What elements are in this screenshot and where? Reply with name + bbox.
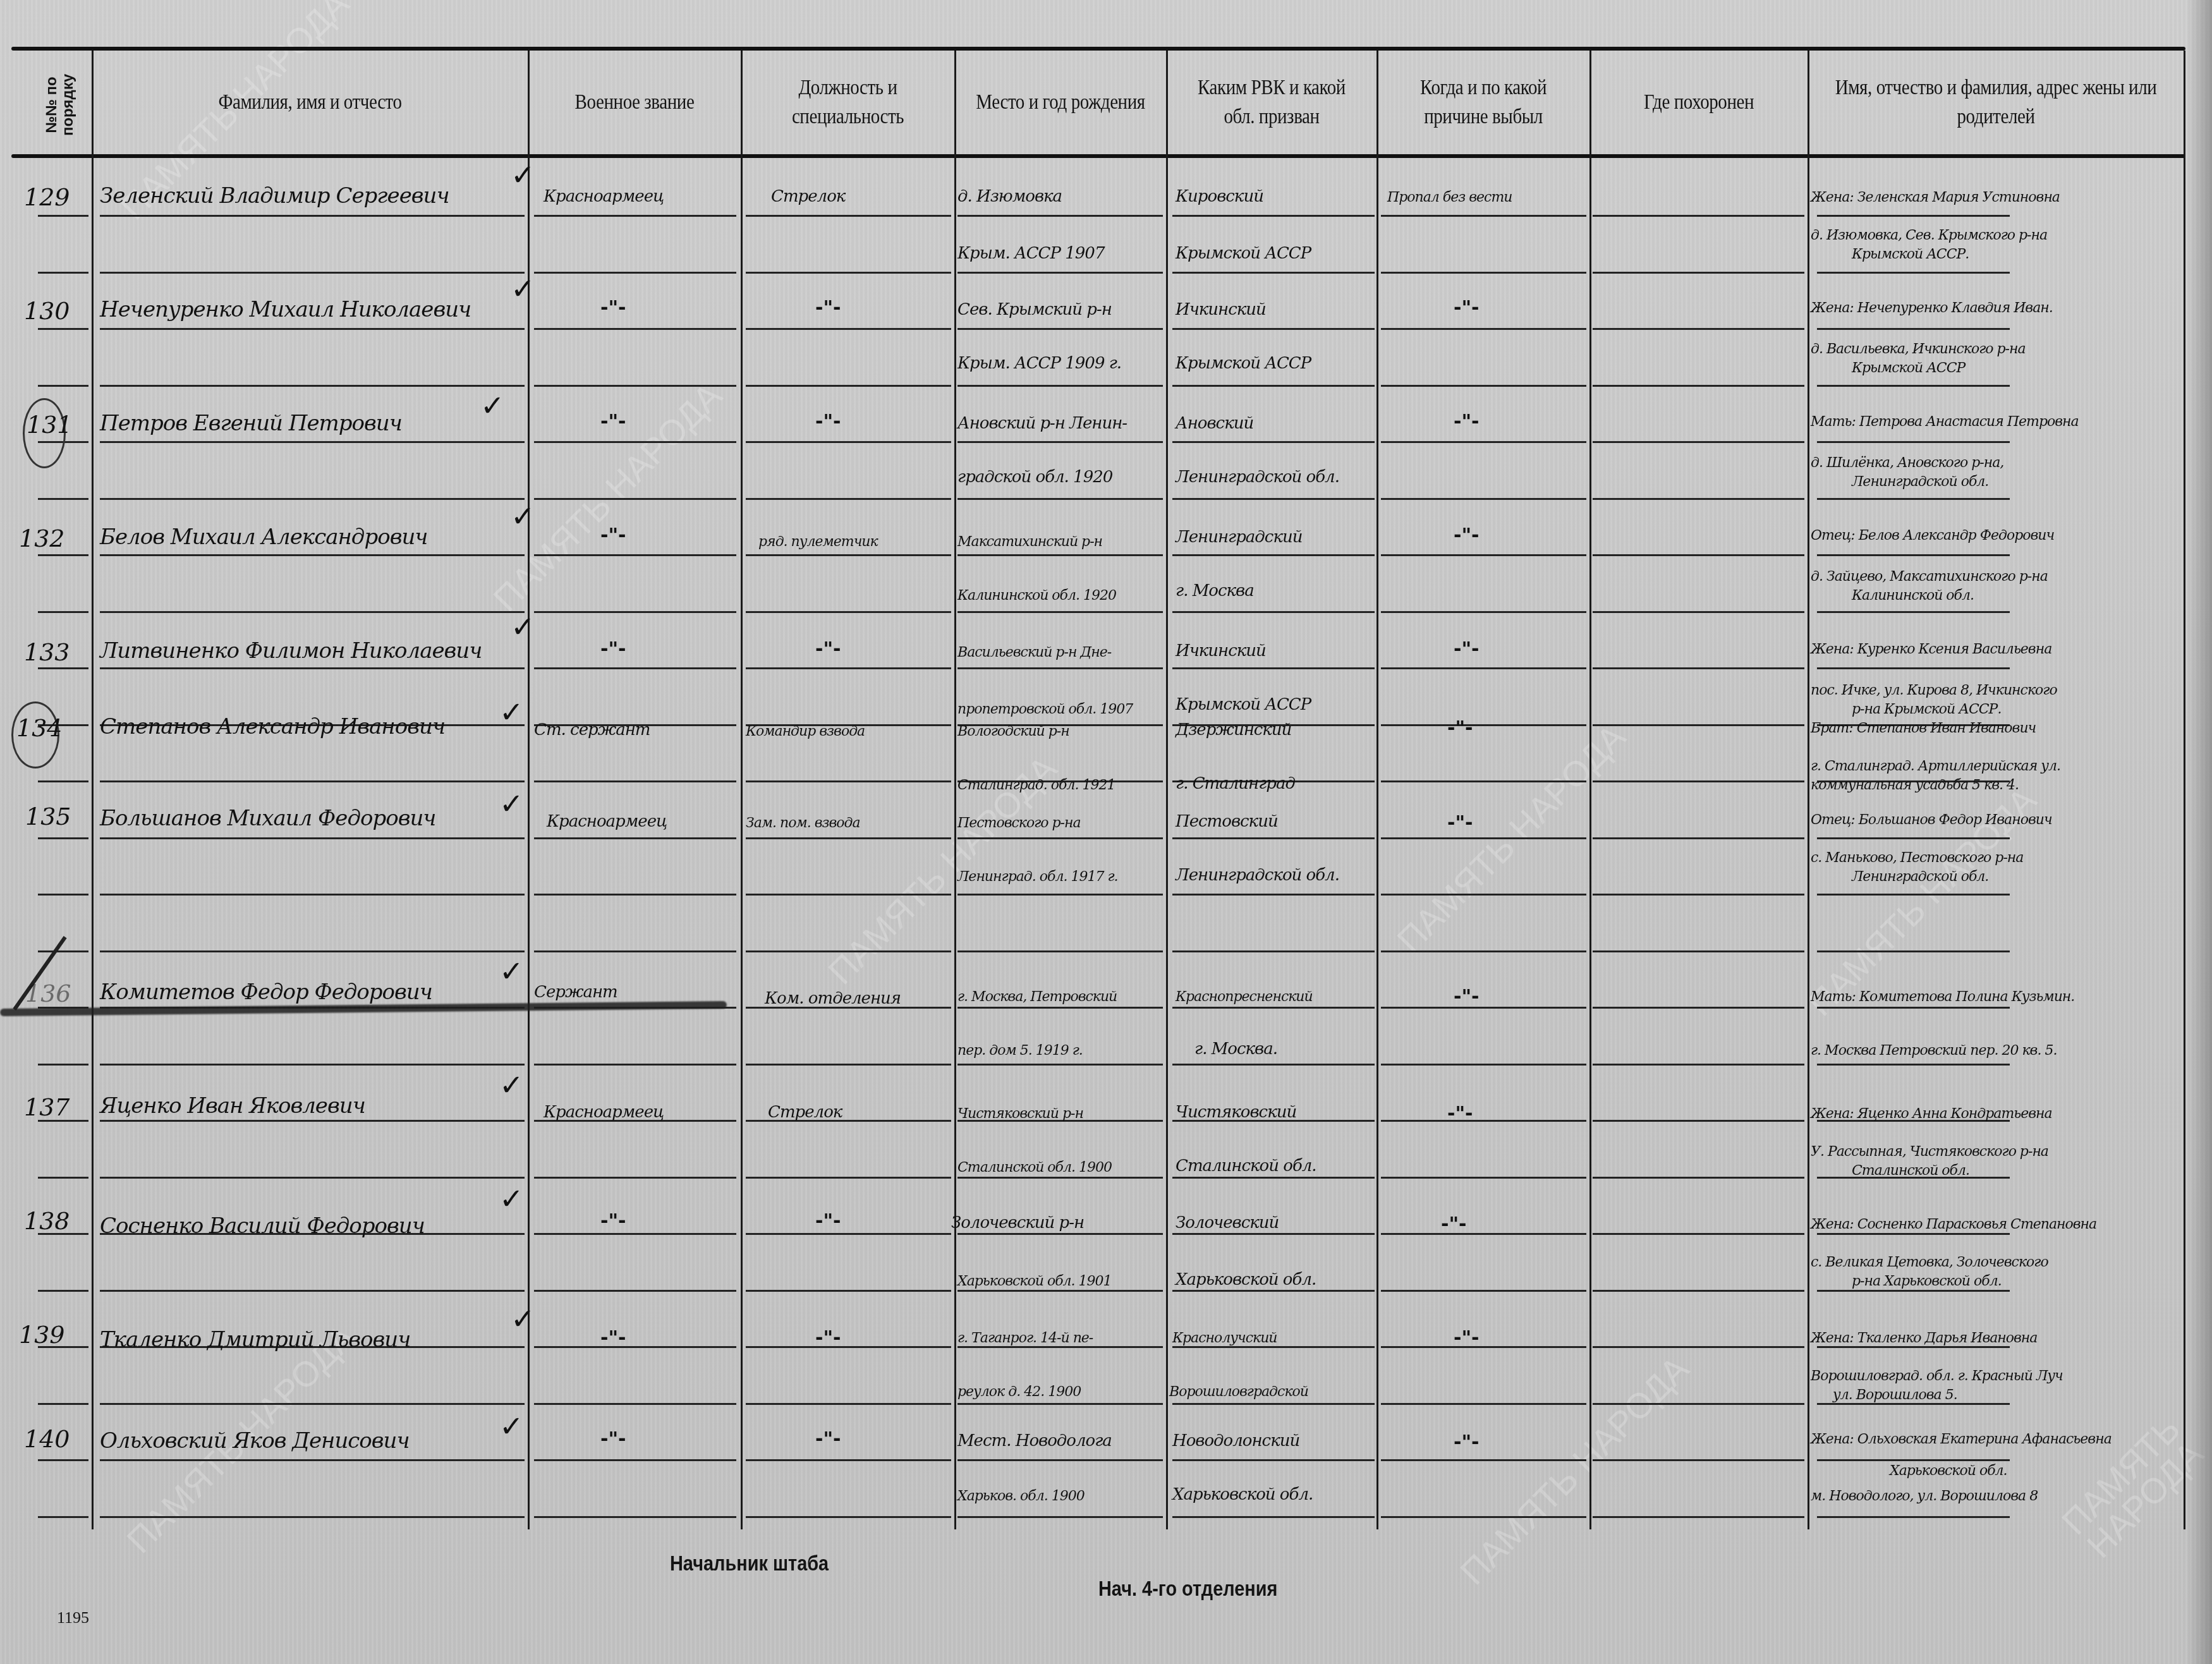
birth-year: Калининской обл. 1920 — [957, 588, 1116, 604]
soldier-name: Нечепуренко Михаил Николаевич — [100, 297, 471, 322]
row-rule — [534, 1403, 736, 1405]
row-rule — [100, 554, 525, 556]
soldier-name: Сосненко Василий Федорович — [100, 1213, 425, 1239]
relative-address: г. Сталинград. Артиллерийская ул. — [1811, 758, 2060, 774]
row-rule — [1381, 894, 1586, 896]
row-rule — [1172, 667, 1375, 669]
row-rule — [746, 1064, 951, 1066]
position: Стрелок — [768, 1103, 842, 1122]
birth-year: Харьков. обл. 1900 — [957, 1488, 1085, 1504]
row-rule — [1381, 1459, 1586, 1461]
row-rule — [100, 950, 525, 952]
birth-place: д. Изюмовка — [957, 187, 1062, 206]
relative-address: с. Маньково, Пестовского р-на — [1811, 850, 2023, 866]
soldier-name: Ольховский Яков Денисович — [100, 1428, 410, 1454]
row-rule — [38, 837, 88, 839]
row-rule — [534, 1177, 736, 1179]
row-rule — [1381, 1516, 1586, 1518]
row-rule — [957, 498, 1163, 500]
row-rule — [1593, 950, 1804, 952]
header-rank: Военное звание — [542, 52, 727, 153]
relative-address-2: р-на Крымской АССР. — [1852, 701, 2001, 717]
row-rule — [957, 328, 1163, 330]
row-rule — [38, 894, 88, 896]
row-rule — [1381, 1064, 1586, 1066]
row-rule — [1381, 385, 1586, 387]
relative-address: г. Москва Петровский пер. 20 кв. 5. — [1811, 1043, 2057, 1059]
row-rule — [1172, 894, 1375, 896]
rank: Красноармеец — [544, 187, 664, 206]
row-rule — [746, 385, 951, 387]
birth-year: Крым. АССР 1909 г. — [957, 354, 1121, 373]
chief-of-staff-label: Начальник штаба — [670, 1552, 829, 1576]
row-rule — [1593, 1403, 1804, 1405]
row-rule — [1172, 554, 1375, 556]
soldier-name: Комитетов Федор Федорович — [100, 980, 432, 1005]
relative-name: Жена: Сосненко Парасковья Степановна — [1811, 1217, 2096, 1232]
row-rule — [534, 385, 736, 387]
row-rule — [1817, 1290, 2010, 1292]
ditto-mark: -"- — [600, 297, 626, 319]
birth-year: пер. дом 5. 1919 г. — [957, 1043, 1083, 1059]
row-rule — [1593, 1290, 1804, 1292]
row-rule — [534, 667, 736, 669]
rvk-region: Ворошиловградской — [1169, 1384, 1308, 1400]
header-relatives: Имя, отчество и фамилия, адрес жены или … — [1832, 52, 2160, 153]
birth-year: Харьковской обл. 1901 — [957, 1273, 1112, 1289]
row-rule — [957, 1459, 1163, 1461]
checkmark-icon: ✓ — [511, 272, 535, 306]
row-rule — [746, 498, 951, 500]
row-rule — [1817, 441, 2010, 443]
rvk-region: г. Москва. — [1194, 1040, 1277, 1059]
rvk-region: Крымской АССР — [1176, 244, 1311, 263]
relative-name: Мать: Петрова Анастасия Петровна — [1811, 414, 2079, 430]
ditto-mark: -"- — [1454, 1327, 1480, 1349]
rvk: Ановский — [1176, 414, 1253, 433]
row-rule — [1381, 1233, 1586, 1235]
row-rule — [1593, 554, 1804, 556]
birth-year: Сталинской обл. 1900 — [957, 1160, 1112, 1175]
ditto-mark: -"- — [1447, 717, 1473, 739]
relative-address-2: ул. Ворошилова 5. — [1833, 1387, 1957, 1403]
row-rule — [1817, 554, 2010, 556]
birth-place: Ановский р-н Ленин- — [957, 414, 1127, 433]
rvk-region: г. Сталинград — [1176, 774, 1295, 793]
row-rule — [746, 1403, 951, 1405]
chief-4th-dept-label: Нач. 4-го отделения — [1098, 1577, 1277, 1601]
birth-place: г. Москва, Петровский — [957, 989, 1117, 1005]
birth-place: г. Таганрог. 14-й пе- — [957, 1330, 1093, 1346]
header-bottom-rule — [11, 154, 2185, 158]
ditto-mark: -"- — [815, 1327, 841, 1349]
ditto-mark: -"- — [815, 1428, 841, 1450]
row-rule — [1593, 837, 1804, 839]
rvk: Дзержинский — [1176, 720, 1291, 739]
ditto-mark: -"- — [1454, 411, 1480, 433]
rvk-region: Крымской АССР — [1176, 354, 1311, 373]
row-rule — [746, 1290, 951, 1292]
rvk: Новодолонский — [1172, 1431, 1299, 1450]
header-buried: Где похоронен — [1604, 52, 1793, 153]
relative-name: Жена: Ткаленко Дарья Ивановна — [1811, 1330, 2037, 1346]
rvk: Краснолучский — [1172, 1330, 1277, 1346]
row-rule — [1381, 215, 1586, 217]
row-rule — [1817, 385, 2010, 387]
relative-address-2: Сталинской обл. — [1852, 1163, 1969, 1179]
rank: Ст. сержант — [534, 720, 650, 739]
column-divider — [1808, 51, 1809, 1529]
row-rule — [38, 667, 88, 669]
checkmark-icon: ✓ — [499, 1182, 524, 1216]
row-rule — [1593, 328, 1804, 330]
row-number: 133 — [24, 638, 70, 666]
relative-address: д. Васильевка, Ичкинского р-на — [1811, 341, 2026, 357]
row-rule — [1172, 385, 1375, 387]
rvk-region: Сталинской обл. — [1176, 1157, 1316, 1175]
row-rule — [1381, 272, 1586, 274]
row-rule — [957, 1177, 1163, 1179]
row-rule — [100, 1516, 525, 1518]
row-rule — [1381, 554, 1586, 556]
birth-year: Сталинград. обл. 1921 — [957, 777, 1115, 793]
row-rule — [957, 215, 1163, 217]
column-divider — [1166, 51, 1168, 1529]
rank: Красноармеец — [544, 1103, 664, 1122]
relative-name: Мать: Комитетова Полина Кузьмин. — [1811, 989, 2074, 1005]
row-rule — [1593, 1233, 1804, 1235]
position: ряд. пулеметчик — [758, 534, 878, 550]
row-rule — [534, 611, 736, 613]
row-rule — [1817, 837, 2010, 839]
row-rule — [1593, 1516, 1804, 1518]
row-rule — [746, 1346, 951, 1348]
row-number: 134 — [16, 714, 63, 742]
row-rule — [534, 1233, 736, 1235]
row-rule — [1381, 498, 1586, 500]
row-rule — [38, 611, 88, 613]
row-rule — [1381, 837, 1586, 839]
row-rule — [38, 1403, 88, 1405]
row-rule — [957, 1007, 1163, 1009]
ditto-mark: -"- — [1454, 525, 1480, 547]
ditto-mark: -"- — [1454, 1431, 1480, 1454]
relative-name: Отец: Большанов Федор Иванович — [1811, 812, 2052, 828]
row-rule — [38, 498, 88, 500]
position: Командир взвода — [746, 724, 865, 739]
relative-address-2: коммунальная усадьба 5 кв. 4. — [1811, 777, 2019, 793]
checkmark-icon: ✓ — [511, 1302, 535, 1336]
checkmark-icon: ✓ — [499, 787, 524, 821]
relative-name: Жена: Ольховская Екатерина Афанасьевна — [1811, 1431, 2112, 1447]
row-rule — [1172, 611, 1375, 613]
row-rule — [534, 554, 736, 556]
row-rule — [1817, 1007, 2010, 1009]
relative-name: Жена: Зеленская Мария Устиновна — [1811, 190, 2060, 205]
relative-address-2: Ленинградской обл. — [1852, 474, 1988, 490]
position: Стрелок — [771, 187, 845, 206]
relative-address: д. Изюмовка, Сев. Крымского р-на — [1811, 228, 2047, 243]
row-rule — [534, 837, 736, 839]
row-rule — [100, 667, 525, 669]
ditto-mark: -"- — [1454, 638, 1480, 660]
row-rule — [1817, 1064, 2010, 1066]
row-rule — [100, 837, 525, 839]
row-rule — [1817, 894, 2010, 896]
row-number: 131 — [27, 411, 73, 439]
row-rule — [957, 1516, 1163, 1518]
birth-place: Золочевский р-н — [951, 1213, 1084, 1232]
checkmark-icon: ✓ — [480, 389, 505, 423]
rvk-region: Харьковской обл. — [1176, 1270, 1316, 1289]
birth-year: пропетровской обл. 1907 — [957, 701, 1133, 717]
checkmark-icon: ✓ — [511, 610, 535, 644]
ditto-mark: -"- — [815, 411, 841, 433]
soldier-name: Литвиненко Филимон Николаевич — [100, 638, 482, 664]
ditto-mark: -"- — [600, 638, 626, 660]
row-rule — [957, 894, 1163, 896]
row-rule — [957, 950, 1163, 952]
ditto-mark: -"- — [815, 1210, 841, 1232]
relative-name: Отец: Белов Александр Федорович — [1811, 528, 2054, 544]
row-rule — [957, 1233, 1163, 1235]
row-rule — [100, 611, 525, 613]
soldier-name: Зеленский Владимир Сергеевич — [100, 183, 449, 209]
rvk-region: Ленинградской обл. — [1176, 468, 1339, 487]
rvk-region: Харьковской обл. — [1172, 1485, 1313, 1504]
ditto-mark: -"- — [1454, 986, 1480, 1008]
relative-address: с. Великая Цетовка, Золочевского — [1811, 1254, 2048, 1270]
row-rule — [534, 272, 736, 274]
relative-address: У. Рассыпная, Чистяковского р-на — [1811, 1144, 2048, 1160]
soldier-name: Яценко Иван Яковлевич — [100, 1093, 365, 1119]
relative-address-2: р-на Харьковской обл. — [1852, 1273, 2002, 1289]
row-rule — [957, 385, 1163, 387]
row-rule — [1172, 1290, 1375, 1292]
row-rule — [1593, 272, 1804, 274]
ditto-mark: -"- — [815, 638, 841, 660]
row-rule — [1172, 441, 1375, 443]
rvk-region: Крымской АССР — [1176, 695, 1311, 714]
row-rule — [100, 1177, 525, 1179]
ditto-mark: -"- — [1454, 297, 1480, 319]
row-rule — [1817, 1233, 2010, 1235]
row-rule — [957, 837, 1163, 839]
checkmark-icon: ✓ — [499, 1409, 524, 1443]
row-rule — [746, 950, 951, 952]
row-rule — [1172, 272, 1375, 274]
row-rule — [1172, 1346, 1375, 1348]
row-rule — [1593, 611, 1804, 613]
row-rule — [534, 894, 736, 896]
relative-address: Ворошиловград. обл. г. Красный Луч — [1811, 1368, 2063, 1384]
birth-place: Сев. Крымский р-н — [957, 300, 1112, 319]
row-rule — [746, 328, 951, 330]
row-rule — [38, 554, 88, 556]
relative-address-2: м. Новодолого, ул. Ворошилова 8 — [1811, 1488, 2038, 1504]
relative-address-2: Крымской АССР — [1852, 360, 1965, 376]
row-rule — [1381, 1177, 1586, 1179]
row-rule — [1381, 1346, 1586, 1348]
page-edge — [2187, 0, 2212, 1664]
ditto-mark: -"- — [600, 1428, 626, 1450]
relative-address: пос. Ичке, ул. Кирова 8, Ичкинского — [1811, 683, 2057, 698]
row-rule — [1381, 1290, 1586, 1292]
rvk: Чистяковский — [1176, 1103, 1296, 1122]
rvk: Кировский — [1176, 187, 1263, 206]
header-birth: Место и год рождения — [969, 52, 1152, 153]
rvk: Краснопресненский — [1176, 989, 1313, 1005]
row-rule — [746, 554, 951, 556]
row-rule — [534, 1346, 736, 1348]
row-rule — [1381, 667, 1586, 669]
row-rule — [534, 1064, 736, 1066]
birth-year: Ленинград. обл. 1917 г. — [957, 869, 1118, 885]
header-rvk: Каким РВК и какой обл. призван — [1181, 52, 1363, 153]
relative-name: Жена: Яценко Анна Кондратьевна — [1811, 1106, 2052, 1122]
row-rule — [100, 498, 525, 500]
row-rule — [1593, 780, 1804, 782]
row-rule — [957, 554, 1163, 556]
row-rule — [1172, 1403, 1375, 1405]
header-dropout: Когда и по какой причине выбыл — [1391, 52, 1576, 153]
row-rule — [38, 215, 88, 217]
row-rule — [1593, 1064, 1804, 1066]
watermark: ПАМЯТЬ НАРОДА — [1455, 1351, 1695, 1591]
row-rule — [1817, 1346, 2010, 1348]
right-border — [2184, 51, 2185, 1529]
row-rule — [1381, 611, 1586, 613]
row-rule — [1593, 498, 1804, 500]
row-rule — [100, 441, 525, 443]
rvk-region: г. Москва — [1176, 581, 1254, 600]
row-rule — [1172, 328, 1375, 330]
relative-address: д. Шилёнка, Ановского р-на, — [1811, 455, 2003, 471]
ditto-mark: -"- — [815, 297, 841, 319]
row-rule — [746, 894, 951, 896]
row-rule — [100, 1403, 525, 1405]
ditto-mark: -"- — [1447, 1103, 1473, 1125]
row-rule — [1817, 498, 2010, 500]
row-rule — [1593, 1346, 1804, 1348]
checkmark-icon: ✓ — [499, 954, 524, 988]
row-rule — [1381, 780, 1586, 782]
row-rule — [38, 385, 88, 387]
ditto-mark: -"- — [600, 525, 626, 547]
row-rule — [38, 1177, 88, 1179]
position: Зам. пом. взвода — [746, 815, 860, 831]
column-divider — [954, 51, 956, 1529]
row-number: 129 — [24, 183, 70, 211]
row-rule — [38, 950, 88, 952]
birth-place: Вологодский р-н — [957, 724, 1069, 739]
row-number: 138 — [24, 1207, 70, 1235]
row-rule — [1817, 611, 2010, 613]
dropout-reason: Пропал без вести — [1387, 190, 1512, 205]
relative-address: д. Зайцево, Максатихинского р-на — [1811, 569, 2048, 585]
row-rule — [100, 1290, 525, 1292]
soldier-name: Белов Михаил Александрович — [100, 525, 427, 550]
row-rule — [1593, 441, 1804, 443]
soldier-name: Степанов Александр Иванович — [100, 714, 445, 739]
checkmark-icon: ✓ — [511, 499, 535, 533]
row-number: 137 — [24, 1093, 70, 1121]
row-rule — [746, 1233, 951, 1235]
birth-place: Максатихинский р-н — [957, 534, 1102, 550]
row-rule — [534, 780, 736, 782]
row-rule — [38, 1064, 88, 1066]
row-rule — [1172, 215, 1375, 217]
relative-address-2: Крымской АССР. — [1852, 246, 1969, 262]
row-rule — [1817, 667, 2010, 669]
row-rule — [534, 1290, 736, 1292]
row-rule — [1172, 1064, 1375, 1066]
birth-place: Чистяковский р-н — [957, 1106, 1083, 1122]
relative-address-2: Калининской обл. — [1852, 588, 1974, 604]
row-rule — [100, 780, 525, 782]
column-divider — [741, 51, 743, 1529]
row-number: 135 — [25, 803, 71, 830]
rvk: Ичкинский — [1176, 641, 1266, 660]
checkmark-icon: ✓ — [499, 695, 524, 729]
row-rule — [534, 1459, 736, 1461]
position: Ком. отделения — [765, 989, 901, 1008]
row-rule — [746, 1177, 951, 1179]
ditto-mark: -"- — [1441, 1213, 1467, 1236]
row-rule — [957, 272, 1163, 274]
row-rule — [1381, 328, 1586, 330]
row-rule — [1172, 1007, 1375, 1009]
ditto-mark: -"- — [600, 1327, 626, 1349]
row-rule — [1817, 1459, 2010, 1461]
ditto-mark: -"- — [600, 411, 626, 433]
relative-name: Жена: Нечепуренко Клавдия Иван. — [1811, 300, 2053, 316]
row-rule — [1172, 1516, 1375, 1518]
row-rule — [746, 215, 951, 217]
relative-name: Брат: Степанов Иван Иванович — [1811, 720, 2036, 736]
rvk: Пестовский — [1176, 812, 1278, 831]
soldier-name: Большанов Михаил Федорович — [100, 806, 436, 831]
document-page: ПАМЯТЬ НАРОДА ПАМЯТЬ НАРОДА ПАМЯТЬ НАРОД… — [0, 0, 2212, 1664]
row-rule — [38, 328, 88, 330]
row-rule — [957, 611, 1163, 613]
row-rule — [1817, 328, 2010, 330]
column-divider — [1589, 51, 1591, 1529]
row-rule — [1172, 837, 1375, 839]
row-rule — [38, 780, 88, 782]
rank: Красноармеец — [547, 812, 667, 831]
row-rule — [957, 441, 1163, 443]
row-rule — [1593, 385, 1804, 387]
row-rule — [534, 950, 736, 952]
row-rule — [38, 1290, 88, 1292]
row-rule — [1381, 950, 1586, 952]
row-rule — [1817, 272, 2010, 274]
row-rule — [534, 328, 736, 330]
row-number: 136 — [25, 980, 71, 1007]
soldier-name: Ткаленко Дмитрий Львович — [100, 1327, 410, 1352]
row-rule — [100, 1064, 525, 1066]
relative-name: Жена: Куренко Ксения Васильевна — [1811, 641, 2051, 657]
row-rule — [1172, 1233, 1375, 1235]
row-rule — [746, 837, 951, 839]
birth-year: реулок д. 42. 1900 — [957, 1384, 1081, 1400]
row-rule — [38, 272, 88, 274]
row-rule — [38, 1516, 88, 1518]
rank: Сержант — [534, 983, 617, 1002]
row-rule — [957, 667, 1163, 669]
row-rule — [1593, 1007, 1804, 1009]
